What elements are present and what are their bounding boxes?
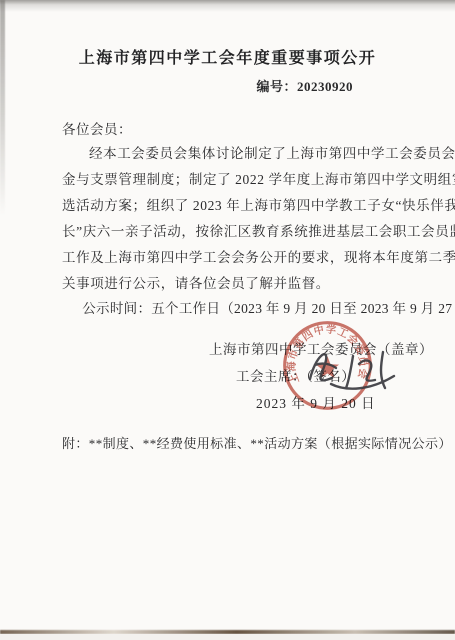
attachment-note-line: 附：**制度、**经费使用标准、**活动方案（根据实际情况公示）: [62, 433, 452, 452]
signature-date-line: 2023 年 9 月 20 日: [256, 392, 376, 412]
signature-president-line: 工会主席：（签名）: [236, 365, 355, 385]
document-number: 编号：20230920: [256, 76, 353, 95]
scanned-document-page: 上海市第四中学工会年度重要事项公开 编号：20230920 各位会员： 经本工会…: [0, 0, 455, 640]
scan-left-edge-smudge: [0, 0, 5, 215]
scan-bottom-background: [0, 634, 455, 640]
body-line: 关事项进行公示，请各位会员了解并监督。: [62, 271, 422, 297]
scan-top-edge-shadow: [0, 0, 455, 12]
body-line: 金与支票管理制度；制定了 2022 学年度上海市第四中学文明组室评: [62, 167, 422, 193]
document-title: 上海市第四中学工会年度重要事项公开: [0, 45, 455, 68]
body-line: 选活动方案；组织了 2023 年上海市第四中学教工子女“快乐伴我成: [62, 193, 422, 219]
scan-paper-bottom-edge: [0, 630, 455, 634]
body-line: 长”庆六一亲子活动，按徐汇区教育系统推进基层工会职工会员监督: [62, 219, 422, 245]
body-line: 经本工会委员会集体讨论制定了上海市第四中学工会委员会现: [62, 141, 422, 167]
body-paragraph: 经本工会委员会集体讨论制定了上海市第四中学工会委员会现 金与支票管理制度；制定了…: [62, 141, 422, 297]
publicity-period-line: 公示时间：五个工作日（2023 年 9 月 20 日至 2023 年 9 月 2…: [62, 296, 442, 322]
salutation: 各位会员：: [62, 118, 132, 138]
body-line: 工作及上海市第四中学工会会务公开的要求，现将本年度第二季度相: [62, 245, 422, 271]
signature-org-line: 上海市第四中学工会委员会（盖章）: [209, 338, 433, 358]
